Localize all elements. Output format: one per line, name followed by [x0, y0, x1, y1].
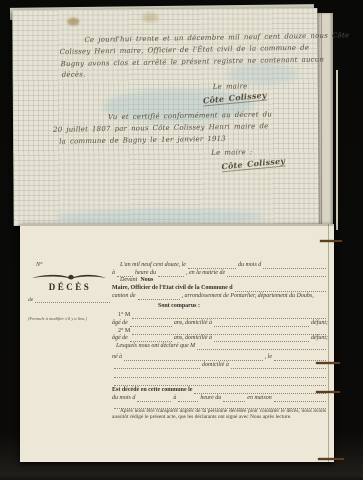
blank-line: [124, 354, 262, 361]
born-label: né à: [112, 354, 122, 361]
mayor-signature: Côte Colissey: [221, 155, 286, 172]
footer-text: Après nous être transporté auprès de la …: [112, 408, 326, 420]
form-note: (Formule à modifier s'il y a lieu.): [28, 317, 105, 322]
before-us-word: Nous: [140, 277, 153, 284]
form-title: DÉCÈS: [28, 282, 112, 292]
blank-line: [223, 395, 245, 402]
appeared-heading: Sont comparus :: [158, 303, 200, 310]
binding-stitch: [318, 458, 344, 460]
blank-line: [130, 335, 172, 342]
mayor-line-text: Maire, Officier de l'Etat civil de la Co…: [112, 285, 233, 292]
paper-stain: [67, 18, 79, 26]
before-us-text: Devant: [120, 277, 137, 284]
domiciled-label: ans, domicilié à: [174, 320, 212, 327]
born-date-label: , le: [265, 354, 272, 361]
witness1-label: 1° M: [118, 312, 130, 319]
aged-label: âgé de: [112, 320, 128, 327]
domiciled-label: ans, domicilié à: [174, 335, 212, 342]
certification-line: la commune de Bugny le 1er janvier 1913: [59, 135, 226, 146]
deceased-name-label: de: [28, 297, 33, 303]
closing-note-line: Ce jourd'hui trente et un décembre mil n…: [84, 31, 349, 44]
witness2-label: 2° M: [118, 328, 130, 335]
district-text: , arrondissement de Pontarlier, départem…: [182, 293, 314, 300]
blank-line: [137, 395, 171, 402]
blank-line: [231, 362, 326, 369]
domiciled2-label: domicilié à: [202, 362, 229, 369]
blank-line: [197, 343, 326, 350]
deceased-relation-word: défunt;: [311, 335, 328, 342]
blank-line: [178, 395, 198, 402]
month-label: du mois d: [112, 395, 135, 402]
binding-stitch: [316, 391, 340, 393]
blank-line: [274, 354, 326, 361]
hour-label: heure du: [135, 270, 156, 277]
record-number-label: N°: [36, 262, 112, 268]
certification-line: Vu et certifié conformément au décret du: [108, 110, 272, 121]
scanned-register-page: Ce jourd'hui trente et un décembre mil n…: [0, 0, 363, 480]
blank-line: [235, 285, 326, 292]
closing-signoff: Le maire: [213, 82, 248, 91]
house-word: en maison: [247, 395, 272, 402]
declared-text: Lesquels nous ont déclaré que M: [116, 343, 195, 350]
canton-label: canton de: [112, 293, 136, 300]
townhall-label: , en la mairie de: [186, 270, 225, 277]
form-footer-paragraph: Après nous être transporté auprès de la …: [112, 408, 326, 421]
blank-line: [114, 371, 326, 378]
blank-line: [188, 262, 236, 269]
hour-word: heure du: [200, 395, 221, 402]
blank-line: [274, 395, 326, 402]
aged-label: âgé de: [112, 335, 128, 342]
blank-line: [158, 270, 184, 277]
closing-note-line: décès.: [62, 70, 86, 78]
certification-signoff: Le maire :: [211, 148, 252, 157]
blank-line: [227, 270, 326, 277]
page-edge-line: [336, 70, 338, 230]
closing-note-line: Colissey Henri maire, Officier de l'État…: [59, 44, 309, 56]
blank-line: [114, 379, 326, 386]
blank-line: [114, 362, 200, 369]
printed-death-form: N° DÉCÈS de (Formule à modifier s'il y a…: [20, 224, 334, 462]
blank-line: [138, 293, 180, 300]
blank-line: [194, 387, 326, 394]
year-line-text: L'an mil neuf cent douze, le: [120, 262, 186, 269]
certification-line: 20 juillet 1807 par nous Côte Colissey H…: [53, 122, 268, 134]
blank-line: [130, 320, 172, 327]
blank-line: [214, 320, 309, 327]
paper-stain: [142, 13, 158, 22]
hour-line-text: à: [112, 270, 115, 277]
blank-line: [132, 328, 326, 335]
died-line-text: Est décédé en cette commune le: [112, 387, 192, 394]
at-word: à: [173, 395, 176, 402]
manuscript-grid-sheet: Ce jourd'hui trente et un décembre mil n…: [12, 8, 319, 226]
blank-line: [214, 335, 309, 342]
blank-line: [132, 312, 326, 319]
blank-line: [35, 296, 110, 303]
deceased-relation-word: défunt;: [311, 320, 328, 327]
binding-stitch: [320, 240, 342, 242]
binding-stitch: [316, 362, 340, 364]
blank-line: [117, 270, 133, 277]
blank-line: [263, 262, 326, 269]
binding-crease: [328, 224, 329, 462]
month-label: du mois d: [238, 262, 261, 269]
flourish-divider: [30, 272, 108, 281]
